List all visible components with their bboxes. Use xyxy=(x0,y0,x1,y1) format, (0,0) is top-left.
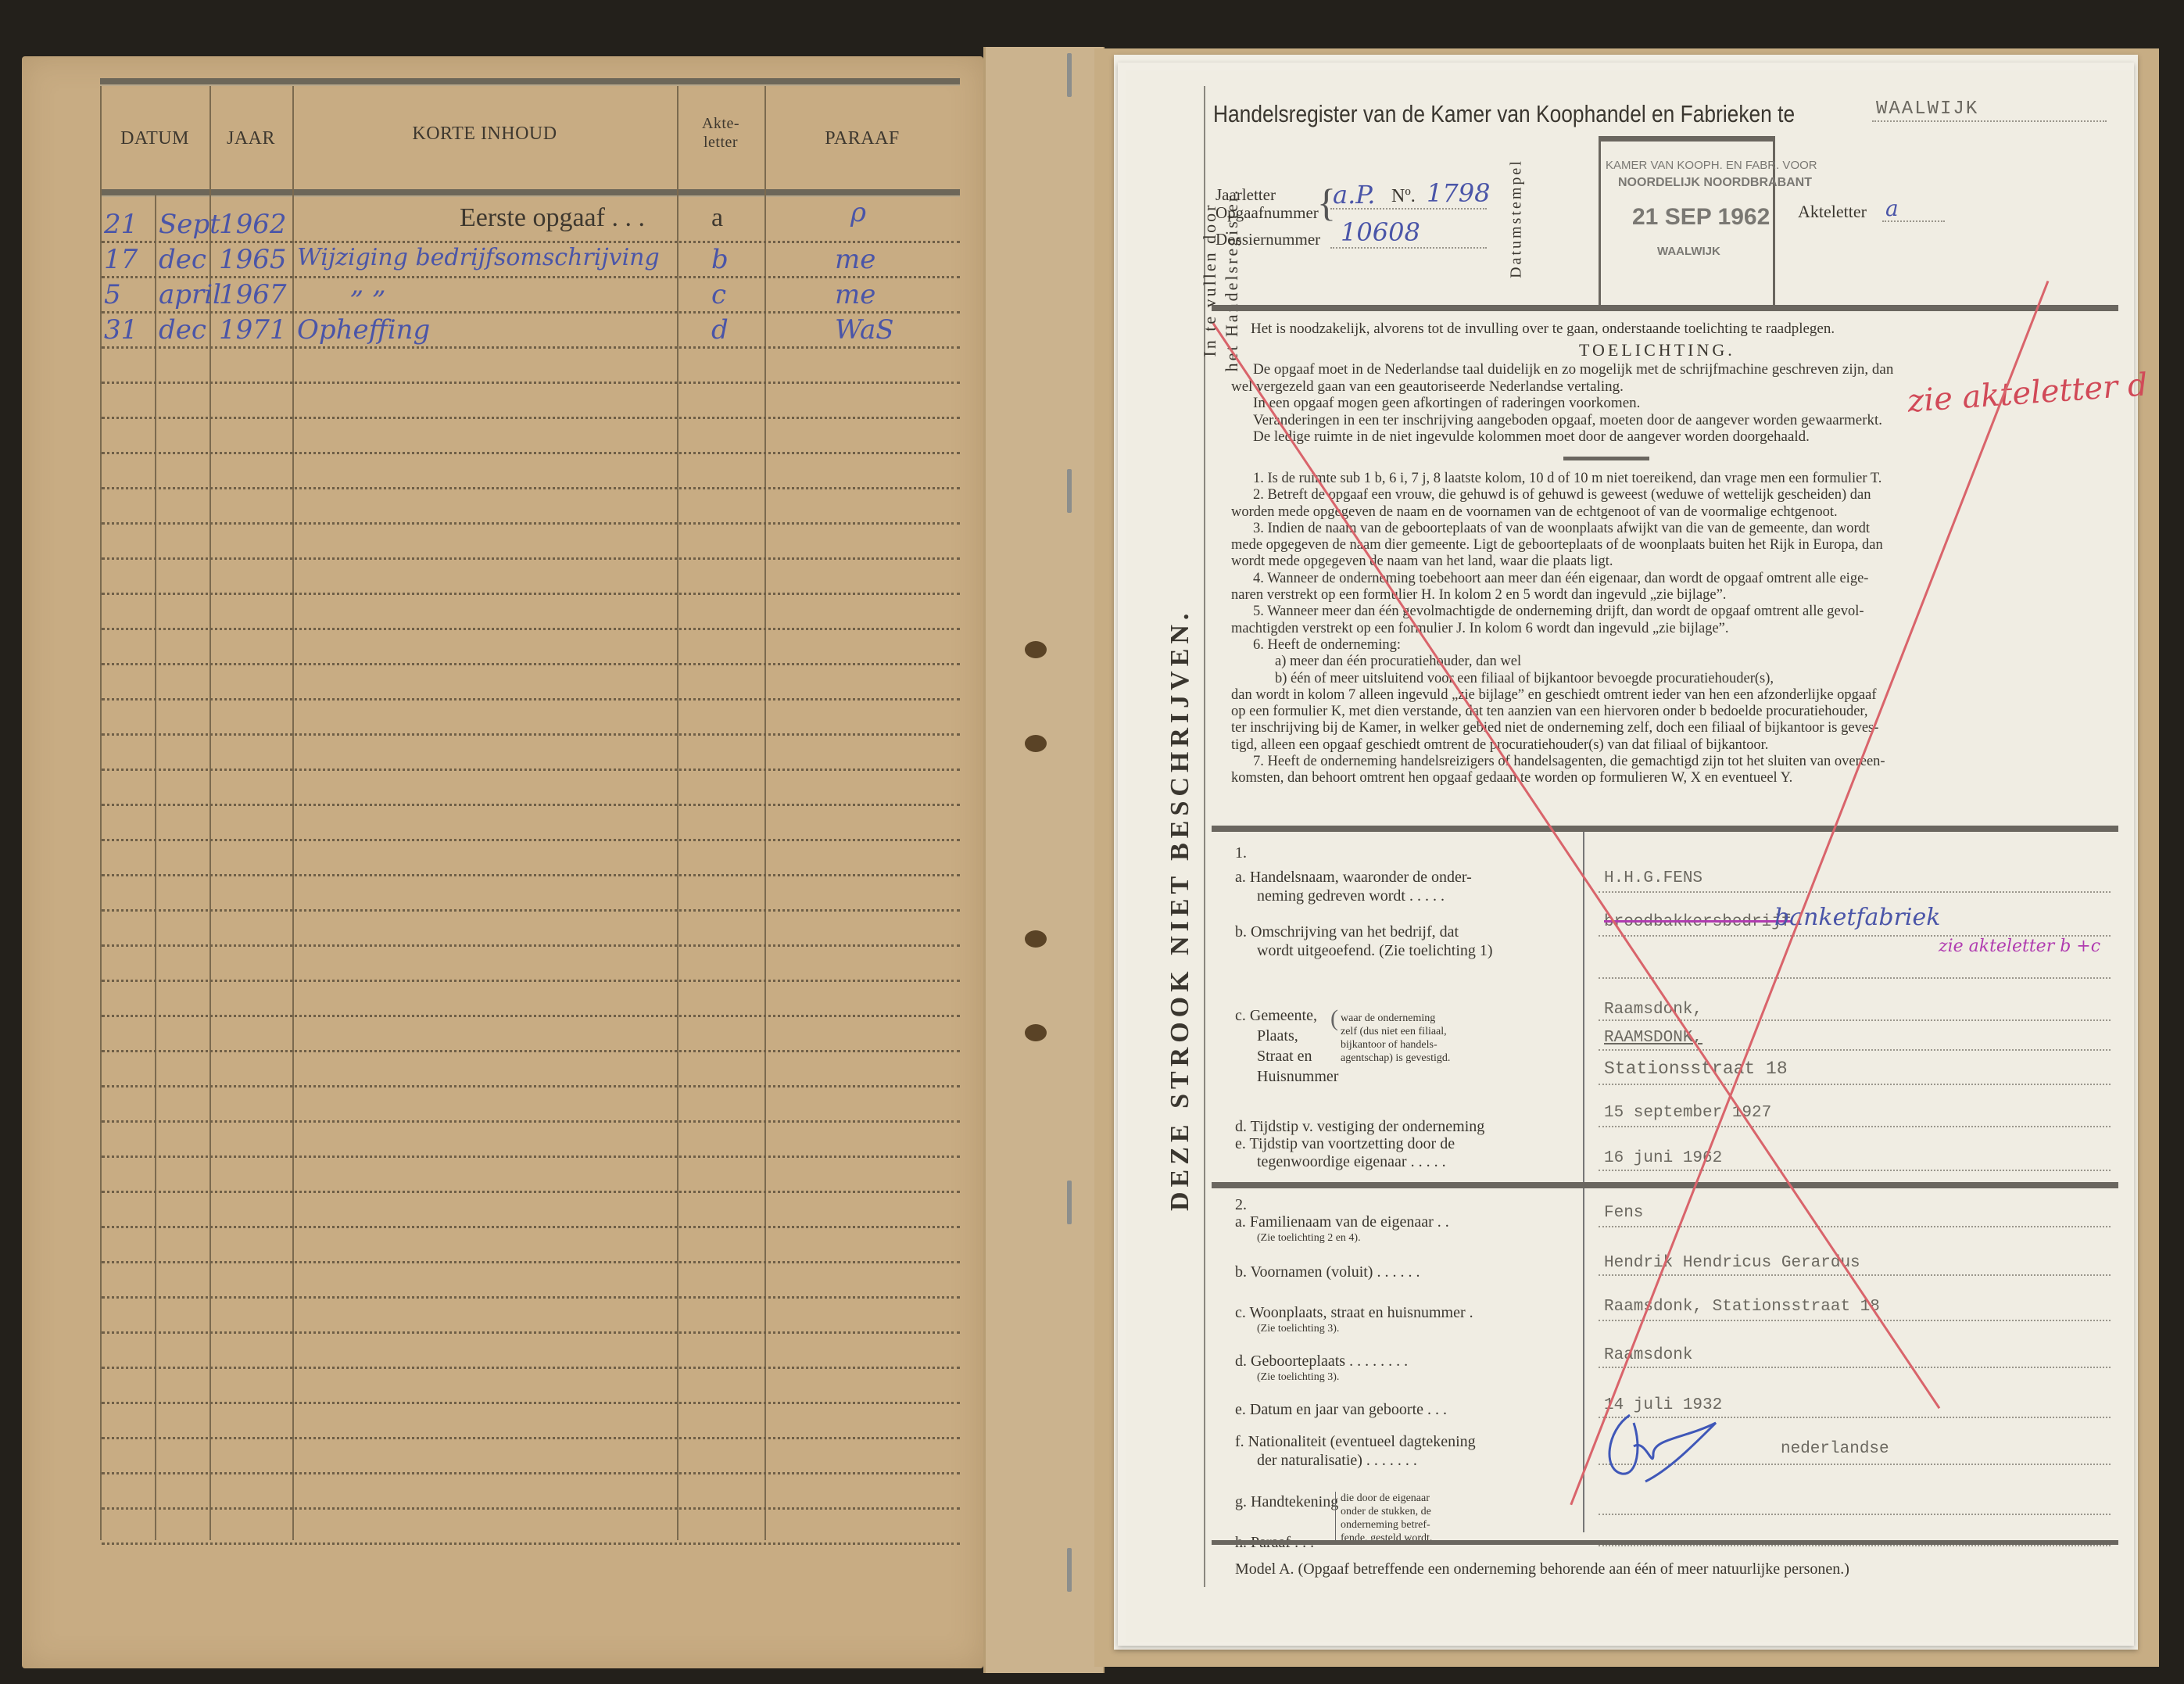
ledger-row-line xyxy=(102,1296,960,1299)
field-line xyxy=(1599,1226,2111,1227)
column-divider xyxy=(292,86,294,1540)
field-1a-value: H.H.G.FENS xyxy=(1604,869,1702,887)
ledger-page: DATUM JAAR KORTE INHOUD Akte- letter PAR… xyxy=(22,56,983,1668)
note-line: 3. Indien de naam van de geboorteplaats … xyxy=(1231,521,1885,537)
notes-body: 1. Is de ruimte sub 1 b, 6 i, 7 j, 8 laa… xyxy=(1231,471,1885,787)
akteletter-value: a xyxy=(1885,195,1899,221)
header-rule xyxy=(1212,305,2118,311)
ledger-row-line xyxy=(102,663,960,665)
ledger-row-line xyxy=(102,628,960,630)
staple xyxy=(1067,469,1072,513)
field-2c-label: c. Woonplaats, straat en huisnummer . xyxy=(1235,1304,1473,1322)
row1-maand: Sept xyxy=(159,209,220,240)
stamp-line2: NOORDELIJK NOORDBRABANT xyxy=(1618,176,1812,190)
datumstempel-label: Datumstempel xyxy=(1508,141,1526,297)
column-divider xyxy=(764,86,766,1540)
ledger-row-line xyxy=(102,1050,960,1052)
ledger-row-line xyxy=(102,241,960,243)
city-line xyxy=(1872,120,2107,122)
short-rule xyxy=(1563,457,1649,460)
ledger-row-line xyxy=(102,593,960,595)
row4-inhoud: Opheffing xyxy=(297,314,430,346)
field-line xyxy=(1599,1545,2111,1546)
ledger-row-line xyxy=(102,839,960,841)
header-akteletter-line1: Akte- xyxy=(677,114,764,133)
row3-akteletter: c xyxy=(711,279,726,310)
jaarletter-value: a.P. xyxy=(1333,180,1375,210)
note-line: b) één of meer uitsluitend voor een fili… xyxy=(1231,671,1885,687)
field-1c-label: Straat en xyxy=(1235,1046,1338,1066)
ledger-row-line xyxy=(102,909,960,912)
note-line: komsten, dan behoort omtrent hen opgaaf … xyxy=(1231,770,1885,786)
ledger-row-line xyxy=(102,1156,960,1158)
field-1c-label: Huisnummer xyxy=(1235,1066,1338,1087)
row4-dag: 31 xyxy=(104,314,138,346)
opgaafnummer-value: 1798 xyxy=(1427,178,1490,208)
toelichting-title: TOELICHTING. xyxy=(1579,340,1735,360)
field-line xyxy=(1599,1019,2111,1021)
dossier-line xyxy=(1330,247,1487,249)
field-2f-value: nederlandse xyxy=(1781,1440,1889,1458)
field-line xyxy=(1599,1514,2111,1515)
gh-note-line: onder de stukken, de xyxy=(1341,1505,1432,1518)
field-1c-label: c. Gemeente, xyxy=(1235,1005,1338,1026)
toelichting-line: wel vergezeld gaan van een geautoriseerd… xyxy=(1231,378,1893,396)
stamp-line1: KAMER VAN KOOPH. EN FABR. VOOR xyxy=(1606,159,1817,172)
punch-hole xyxy=(1025,930,1047,948)
field-2a-label: a. Familienaam van de eigenaar . . xyxy=(1235,1213,1449,1231)
opgaafnummer-label: Opgaafnummer xyxy=(1216,203,1319,223)
bottom-rule xyxy=(1212,1540,2118,1545)
field-2d-sub: (Zie toelichting 3). xyxy=(1257,1371,1339,1384)
section2-rule xyxy=(1212,1182,2118,1188)
toelichting-line: De opgaaf moet in de Nederlandse taal du… xyxy=(1231,361,1893,378)
row3-paraaf: me xyxy=(835,279,875,310)
folder-spine xyxy=(983,47,1105,1673)
field-1b-annotation: zie akteletter b +c xyxy=(1939,937,2100,956)
field-1c-note-line: bijkantoor of handels- xyxy=(1341,1038,1450,1052)
ledger-row-line xyxy=(102,874,960,876)
note-line: tigd, alleen een opgaaf geschiedt omtren… xyxy=(1231,737,1885,754)
toelichting-line: Veranderingen in een ter inschrijving aa… xyxy=(1231,412,1893,429)
ledger-row-line xyxy=(102,382,960,384)
toelichting-line: In een opgaaf mogen geen afkortingen of … xyxy=(1231,395,1893,412)
header-akteletter: Akte- letter xyxy=(677,114,764,152)
row2-paraaf: me xyxy=(835,244,875,275)
ledger-row-line xyxy=(102,417,960,419)
field-line xyxy=(1599,935,2111,937)
field-line xyxy=(1599,977,2111,979)
punch-hole xyxy=(1025,641,1047,658)
ledger-row-line xyxy=(102,1331,960,1334)
row1-jaar: 1962 xyxy=(219,209,287,240)
field-1e-label: e. Tijdstip van voortzetting door de teg… xyxy=(1235,1135,1455,1171)
jaarletter-label: Jaarletter xyxy=(1216,186,1276,203)
field-1e-label-line1: e. Tijdstip van voortzetting door de xyxy=(1235,1135,1455,1153)
field-2g-label: g. Handtekening xyxy=(1235,1493,1338,1511)
field-1b-label-line2: wordt uitgeoefend. (Zie toelichting 1) xyxy=(1235,941,1493,960)
ledger-row-line xyxy=(102,1402,960,1404)
field-1a-label-line2: neming gedreven wordt . . . . . xyxy=(1235,887,1472,905)
field-1c-labels: c. Gemeente, Plaats, Straat en Huisnumme… xyxy=(1235,1005,1338,1087)
ledger-row-line xyxy=(102,1507,960,1510)
dossiernummer-value: 10608 xyxy=(1341,217,1420,247)
form-title: Handelsregister van de Kamer van Koophan… xyxy=(1213,100,1795,128)
ledger-row-line xyxy=(102,1261,960,1263)
row2-maand: dec xyxy=(159,244,206,275)
note-line: 7. Heeft de onderneming handelsreizigers… xyxy=(1231,754,1885,770)
ledger-row-line xyxy=(102,1015,960,1017)
ledger-row-line xyxy=(102,1226,960,1228)
field-line xyxy=(1599,1049,2111,1051)
vertical-strip-text: DEZE STROOK NIET BESCHRIJVEN. xyxy=(1165,617,1195,1211)
ledger-row-line xyxy=(102,311,960,314)
field-line xyxy=(1599,891,2111,893)
note-line: worden mede opgegeven de naam en de voor… xyxy=(1231,504,1885,521)
row4-jaar: 1971 xyxy=(219,314,287,346)
field-1a-label-line1: a. Handelsnaam, waaronder de onder- xyxy=(1235,868,1472,887)
field-1c-note-line: waar de onderneming xyxy=(1341,1012,1450,1025)
ledger-row-line xyxy=(102,1437,960,1439)
field-2b-label: b. Voornamen (voluit) . . . . . . xyxy=(1235,1263,1420,1281)
dossiernummer-label: Dossiernummer xyxy=(1216,230,1320,249)
row2-jaar: 1965 xyxy=(219,244,287,275)
field-2f-label-line1: f. Nationaliteit (eventueel dagtekening xyxy=(1235,1432,1476,1451)
ledger-row-line xyxy=(102,1472,960,1474)
field-1d-label: d. Tijdstip v. vestiging der onderneming xyxy=(1235,1118,1484,1136)
field-2c-sub: (Zie toelichting 3). xyxy=(1257,1323,1339,1335)
note-line: naren verstrekt op een formulier H. In k… xyxy=(1231,587,1885,604)
field-2a-value: Fens xyxy=(1604,1204,1643,1222)
form-footer: Model A. (Opgaaf betreffende een onderne… xyxy=(1235,1560,1849,1578)
field-2b-value: Hendrik Hendricus Gerardus xyxy=(1604,1254,1860,1272)
ledger-row-line xyxy=(102,487,960,489)
ledger-top-rule xyxy=(100,78,960,86)
section1-number: 1. xyxy=(1235,844,1247,862)
field-1e-label-line2: tegenwoordige eigenaar . . . . . xyxy=(1235,1153,1455,1171)
ledger-row-line xyxy=(102,698,960,700)
note-line: op een formulier K, met dien verstande, … xyxy=(1231,704,1885,720)
field-line xyxy=(1599,1126,2111,1127)
row1-inhoud: Eerste opgaaf . . . xyxy=(460,203,645,233)
opgaaf-line xyxy=(1330,208,1487,210)
ledger-header-rule xyxy=(100,189,960,197)
row1-dag: 21 xyxy=(104,209,138,240)
ledger-row-line xyxy=(102,733,960,736)
field-1b-label-line1: b. Omschrijving van het bedrijf, dat xyxy=(1235,923,1493,941)
field-1c-label: Plaats, xyxy=(1235,1026,1338,1046)
section2-divider xyxy=(1583,1188,1584,1532)
field-line xyxy=(1599,1274,2111,1276)
row4-paraaf: WaS xyxy=(835,314,894,346)
note-line: 1. Is de ruimte sub 1 b, 6 i, 7 j, 8 laa… xyxy=(1231,471,1885,487)
intro-text: Het is noodzakelijk, alvorens tot de inv… xyxy=(1251,321,1835,338)
field-1c-straat-value: Stationsstraat 18 xyxy=(1604,1059,1788,1079)
row3-inhoud: „ „ xyxy=(350,269,386,300)
field-2a-sub: (Zie toelichting 2 en 4). xyxy=(1257,1232,1361,1245)
ledger-row-line xyxy=(102,1085,960,1087)
note-line: 5. Wanneer meer dan één gevolmachtigde d… xyxy=(1231,604,1885,620)
date-stamp-box: KAMER VAN KOOPH. EN FABR. VOOR NOORDELIJ… xyxy=(1599,136,1775,308)
row2-akteletter: b xyxy=(711,244,729,275)
ledger-row-line xyxy=(102,944,960,947)
staple xyxy=(1067,1181,1072,1224)
punch-hole xyxy=(1025,1024,1047,1041)
toelichting-line: De ledige ruimte in de niet ingevulde ko… xyxy=(1231,428,1893,446)
toelichting-body: De opgaaf moet in de Nederlandse taal du… xyxy=(1231,361,1893,446)
city-value: WAALWIJK xyxy=(1876,99,1978,120)
field-1c-note-line: zelf (dus niet een filiaal, xyxy=(1341,1025,1450,1038)
field-2d-value: Raamsdonk xyxy=(1604,1346,1692,1364)
field-2d-label: d. Geboorteplaats . . . . . . . . xyxy=(1235,1353,1408,1370)
note-line: wordt mede opgegeven de naam van het lan… xyxy=(1231,554,1885,570)
gh-note-line: die door de eigenaar xyxy=(1341,1492,1432,1505)
row3-dag: 5 xyxy=(104,279,121,310)
field-1a-label: a. Handelsnaam, waaronder de onder- nemi… xyxy=(1235,868,1472,905)
field-line xyxy=(1599,1367,2111,1368)
punch-hole xyxy=(1025,735,1047,752)
note-line: dan wordt in kolom 7 alleen ingevuld „zi… xyxy=(1231,687,1885,704)
ledger-row-line xyxy=(102,769,960,771)
row1-paraaf: ρ xyxy=(850,197,866,228)
registration-form: DEZE STROOK NIET BESCHRIJVEN. In te vull… xyxy=(1126,70,2132,1642)
red-annotation: zie akteletter d xyxy=(1907,367,2149,419)
field-line xyxy=(1599,1084,2111,1085)
field-2f-label: f. Nationaliteit (eventueel dagtekening … xyxy=(1235,1432,1476,1470)
note-line: machtigden verstrekt op een formulier J.… xyxy=(1231,621,1885,637)
field-line xyxy=(1599,1170,2111,1171)
header-korte-inhoud: KORTE INHOUD xyxy=(292,124,677,145)
field-2e-label: e. Datum en jaar van geboorte . . . xyxy=(1235,1401,1447,1419)
ledger-row-line xyxy=(102,980,960,982)
ledger-row-line xyxy=(102,1542,960,1545)
brace: ( xyxy=(1330,1005,1338,1032)
header-datum: DATUM xyxy=(100,128,209,149)
field-1b-label: b. Omschrijving van het bedrijf, dat wor… xyxy=(1235,923,1493,960)
note-line: 6. Heeft de onderneming: xyxy=(1231,637,1885,654)
section1-rule xyxy=(1212,826,2118,832)
field-line xyxy=(1599,1320,2111,1321)
header-jaar: JAAR xyxy=(209,128,292,149)
ledger-row-line xyxy=(102,522,960,525)
column-divider xyxy=(677,86,678,1540)
no-label: Nº. xyxy=(1391,186,1416,207)
red-cross-line xyxy=(1570,281,2049,1505)
gh-note-line: onderneming betref- xyxy=(1341,1518,1432,1532)
signature-icon xyxy=(1599,1399,1755,1485)
section1-divider xyxy=(1583,832,1584,1206)
row1-akteletter: a xyxy=(711,203,723,233)
stamp-date: 21 SEP 1962 xyxy=(1632,204,1770,231)
staple xyxy=(1067,1548,1072,1592)
akteletter-label: Akteletter xyxy=(1798,202,1867,222)
note-line: mede opgegeven de naam dier gemeente. Li… xyxy=(1231,537,1885,554)
header-akteletter-line2: letter xyxy=(677,133,764,152)
row2-dag: 17 xyxy=(104,244,138,275)
row2-inhoud: Wijziging bedrijfsomschrijving xyxy=(297,244,660,271)
column-divider xyxy=(100,86,102,1540)
note-line: 4. Wanneer de onderneming toebehoort aan… xyxy=(1231,571,1885,587)
field-1c-note-line: agentschap) is gevestigd. xyxy=(1341,1052,1450,1065)
ledger-row-line xyxy=(102,346,960,349)
row4-maand: dec xyxy=(159,314,206,346)
note-line: ter inschrijving bij de Kamer, in welker… xyxy=(1231,720,1885,736)
staple xyxy=(1067,53,1072,97)
ledger-row-line xyxy=(102,1367,960,1369)
ledger-row-line xyxy=(102,1120,960,1123)
field-gh-note: die door de eigenaar onder de stukken, d… xyxy=(1335,1492,1432,1545)
field-2f-label-line2: der naturalisatie) . . . . . . . xyxy=(1235,1451,1476,1470)
ledger-row-line xyxy=(102,452,960,454)
header-paraaf: PARAAF xyxy=(764,128,960,149)
field-1c-gemeente-value: Raamsdonk, xyxy=(1604,1001,1702,1019)
stamp-city: WAALWIJK xyxy=(1657,245,1720,258)
field-1c-note: waar de onderneming zelf (dus niet een f… xyxy=(1341,1012,1450,1065)
akteletter-line xyxy=(1882,220,1945,222)
field-1b-struck-value: broodbakkersbedrijf xyxy=(1604,913,1791,931)
ledger-row-line xyxy=(102,1191,960,1193)
ledger-row-line xyxy=(102,276,960,278)
section2-number: 2. xyxy=(1235,1196,1247,1214)
ledger-row-line xyxy=(102,804,960,806)
note-line: a) meer dan één procuratiehouder, dan we… xyxy=(1231,654,1885,670)
row3-maand: april xyxy=(159,279,221,310)
row3-jaar: 1967 xyxy=(219,279,287,310)
ledger-row-line xyxy=(102,557,960,560)
row4-akteletter: d xyxy=(711,314,729,346)
column-divider-datum xyxy=(155,195,156,1540)
